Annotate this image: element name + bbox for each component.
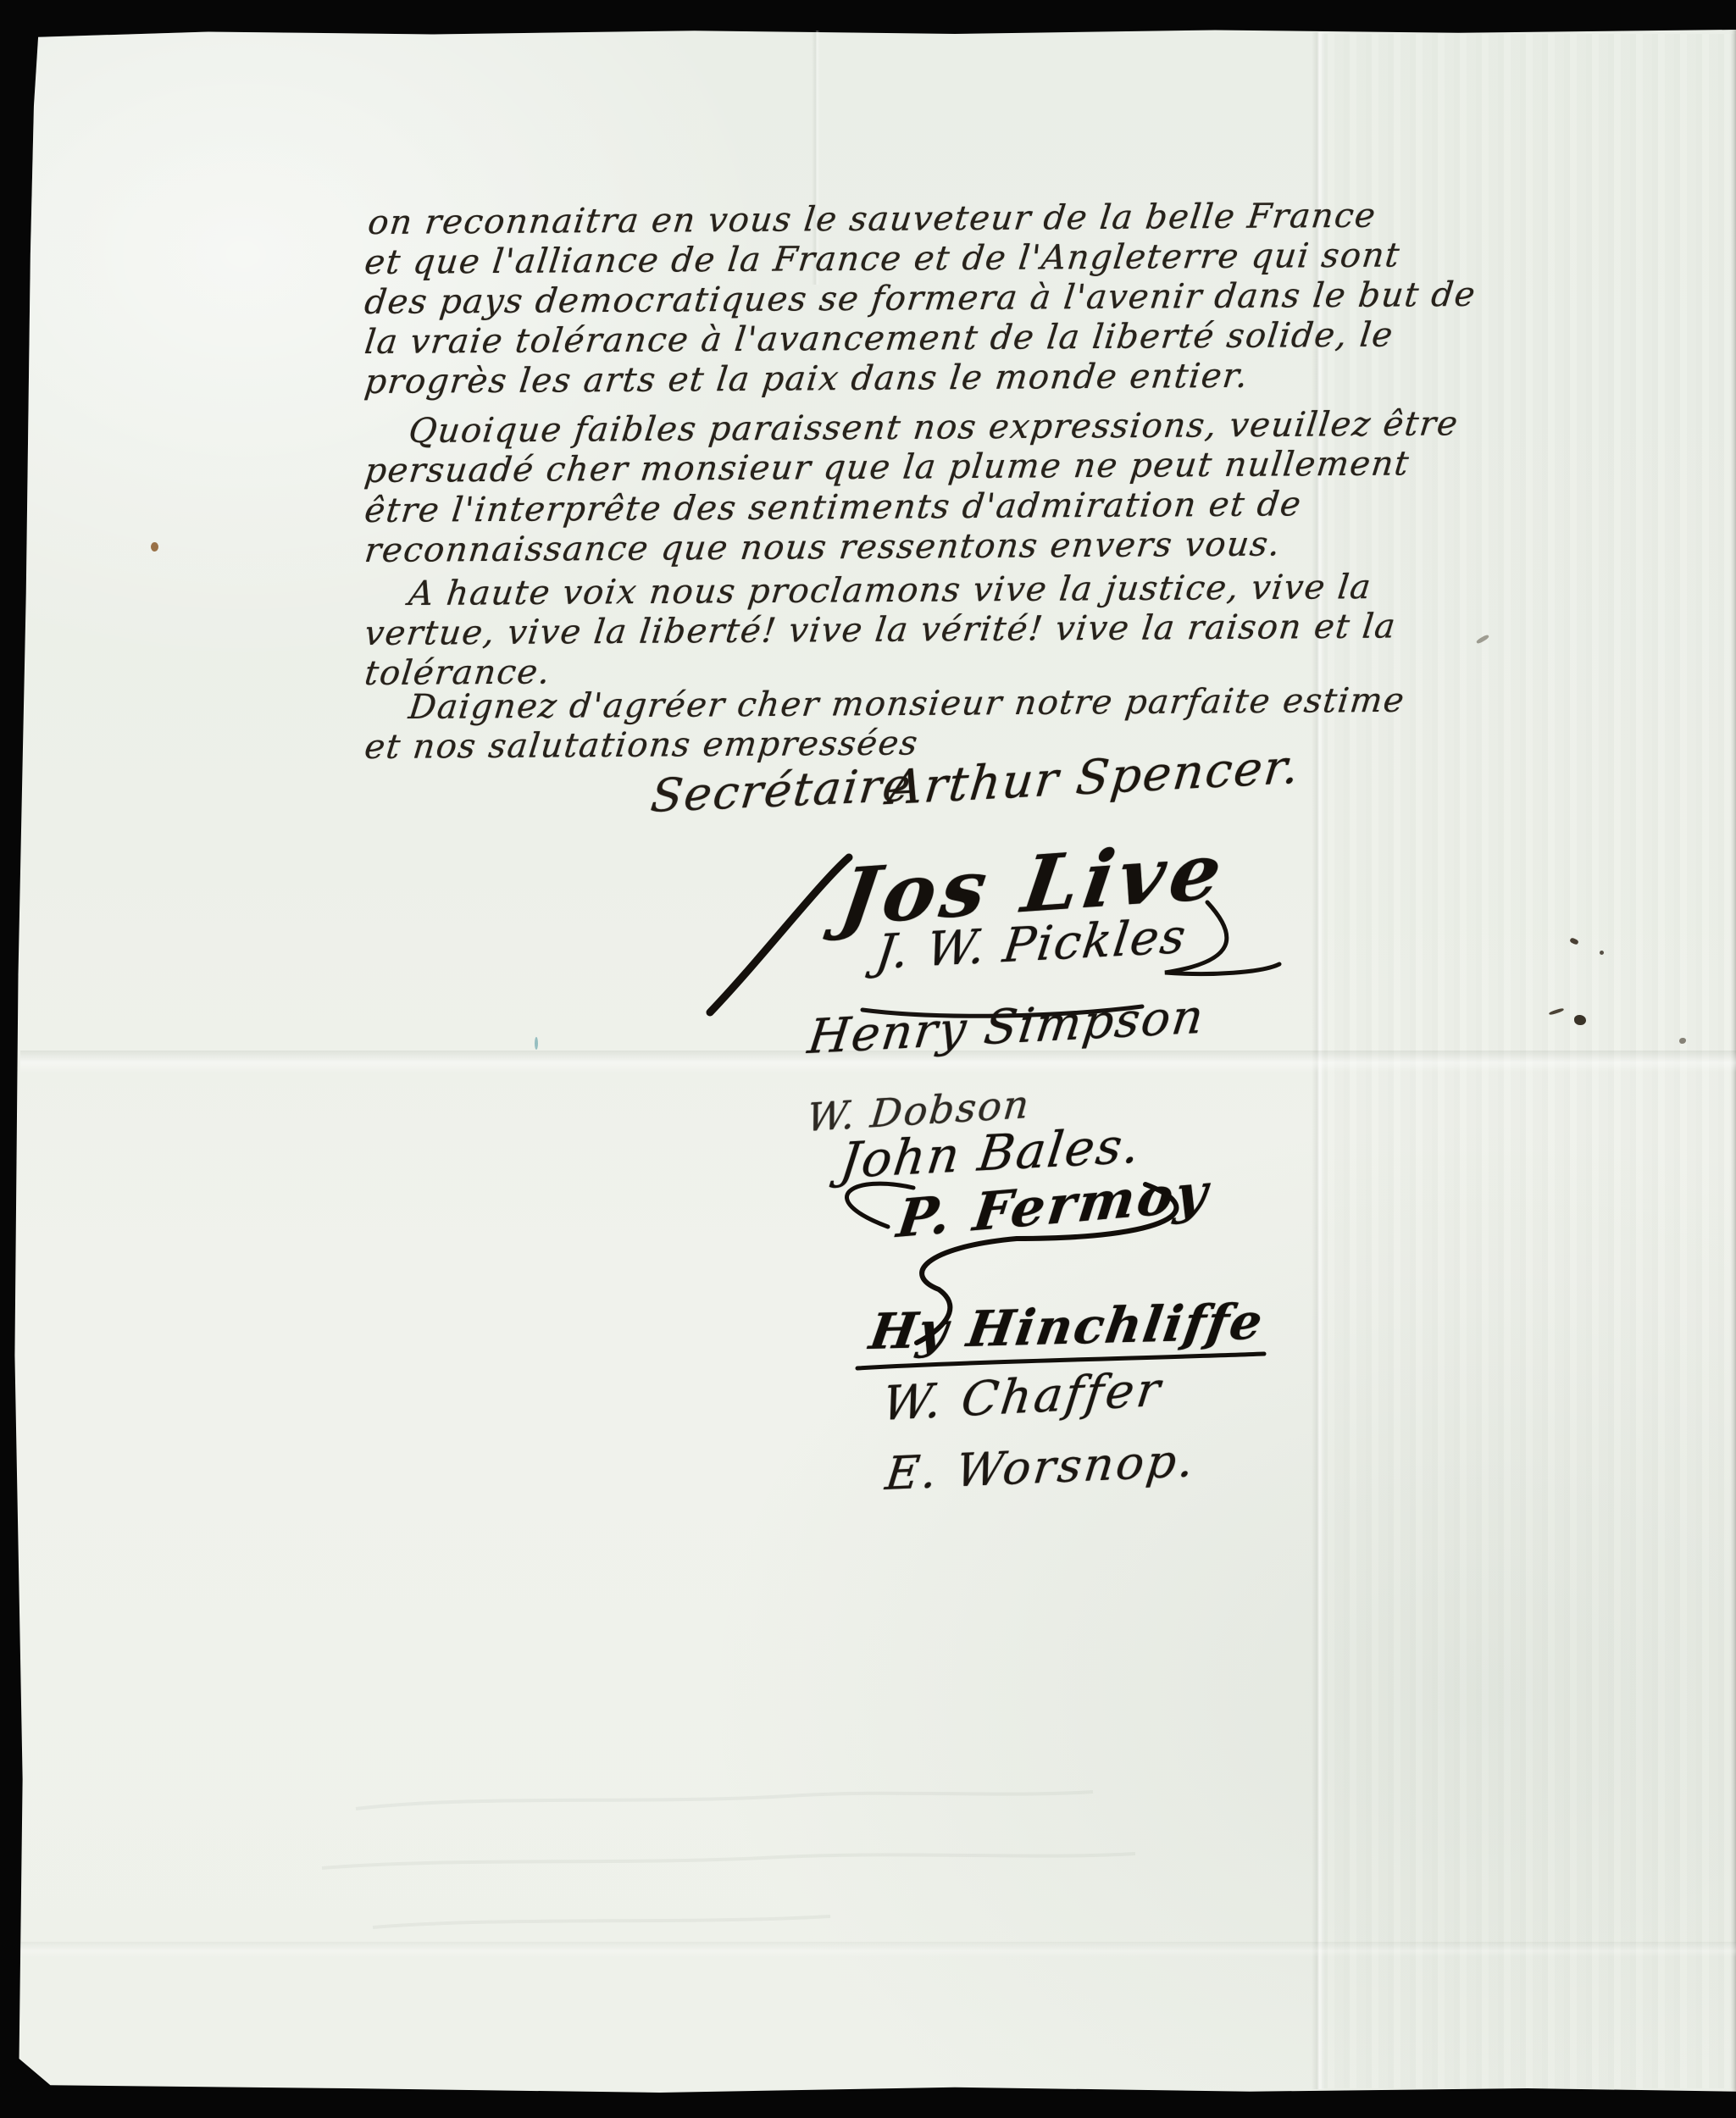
letter-line: progrès les arts et la paix dans le mond… [363, 357, 1251, 402]
signature-hy-hinchliffe: Hy Hinchliffe [866, 1293, 1267, 1361]
letter-line: reconnaissance que nous ressentons enver… [363, 524, 1283, 570]
letter-line: et nos salutations empressées [363, 724, 921, 767]
letter-line: Daignez d'agréer cher monsieur notre par… [407, 681, 1407, 727]
scanned-letter-page: on reconnaitra en vous le sauveteur de l… [0, 0, 1736, 2118]
letter-line: A haute voix nous proclamons vive la jus… [407, 568, 1373, 613]
rust-speck [151, 542, 158, 552]
letter-line: et que l'alliance de la France et de l'A… [363, 236, 1402, 282]
letter-line: la vraie tolérance à l'avancement de la … [363, 316, 1395, 362]
letter-line: persuadé cher monsieur que la plume ne p… [363, 444, 1412, 491]
letter-line: des pays democratiques se formera à l'av… [363, 275, 1478, 322]
horizontal-fold-crease-lower [20, 1942, 1736, 1957]
blue-fiber-mark [535, 1037, 538, 1050]
letter-line: être l'interprête des sentiments d'admir… [363, 485, 1304, 530]
letter-line: on reconnaitra en vous le sauveteur de l… [366, 197, 1378, 242]
letter-line: Quoique faibles paraissent nos expressio… [407, 404, 1461, 451]
letter-line: vertue, vive la liberté! vive la vérité!… [363, 607, 1399, 653]
ink-blot [1574, 1015, 1586, 1025]
ink-dot [1600, 951, 1604, 955]
